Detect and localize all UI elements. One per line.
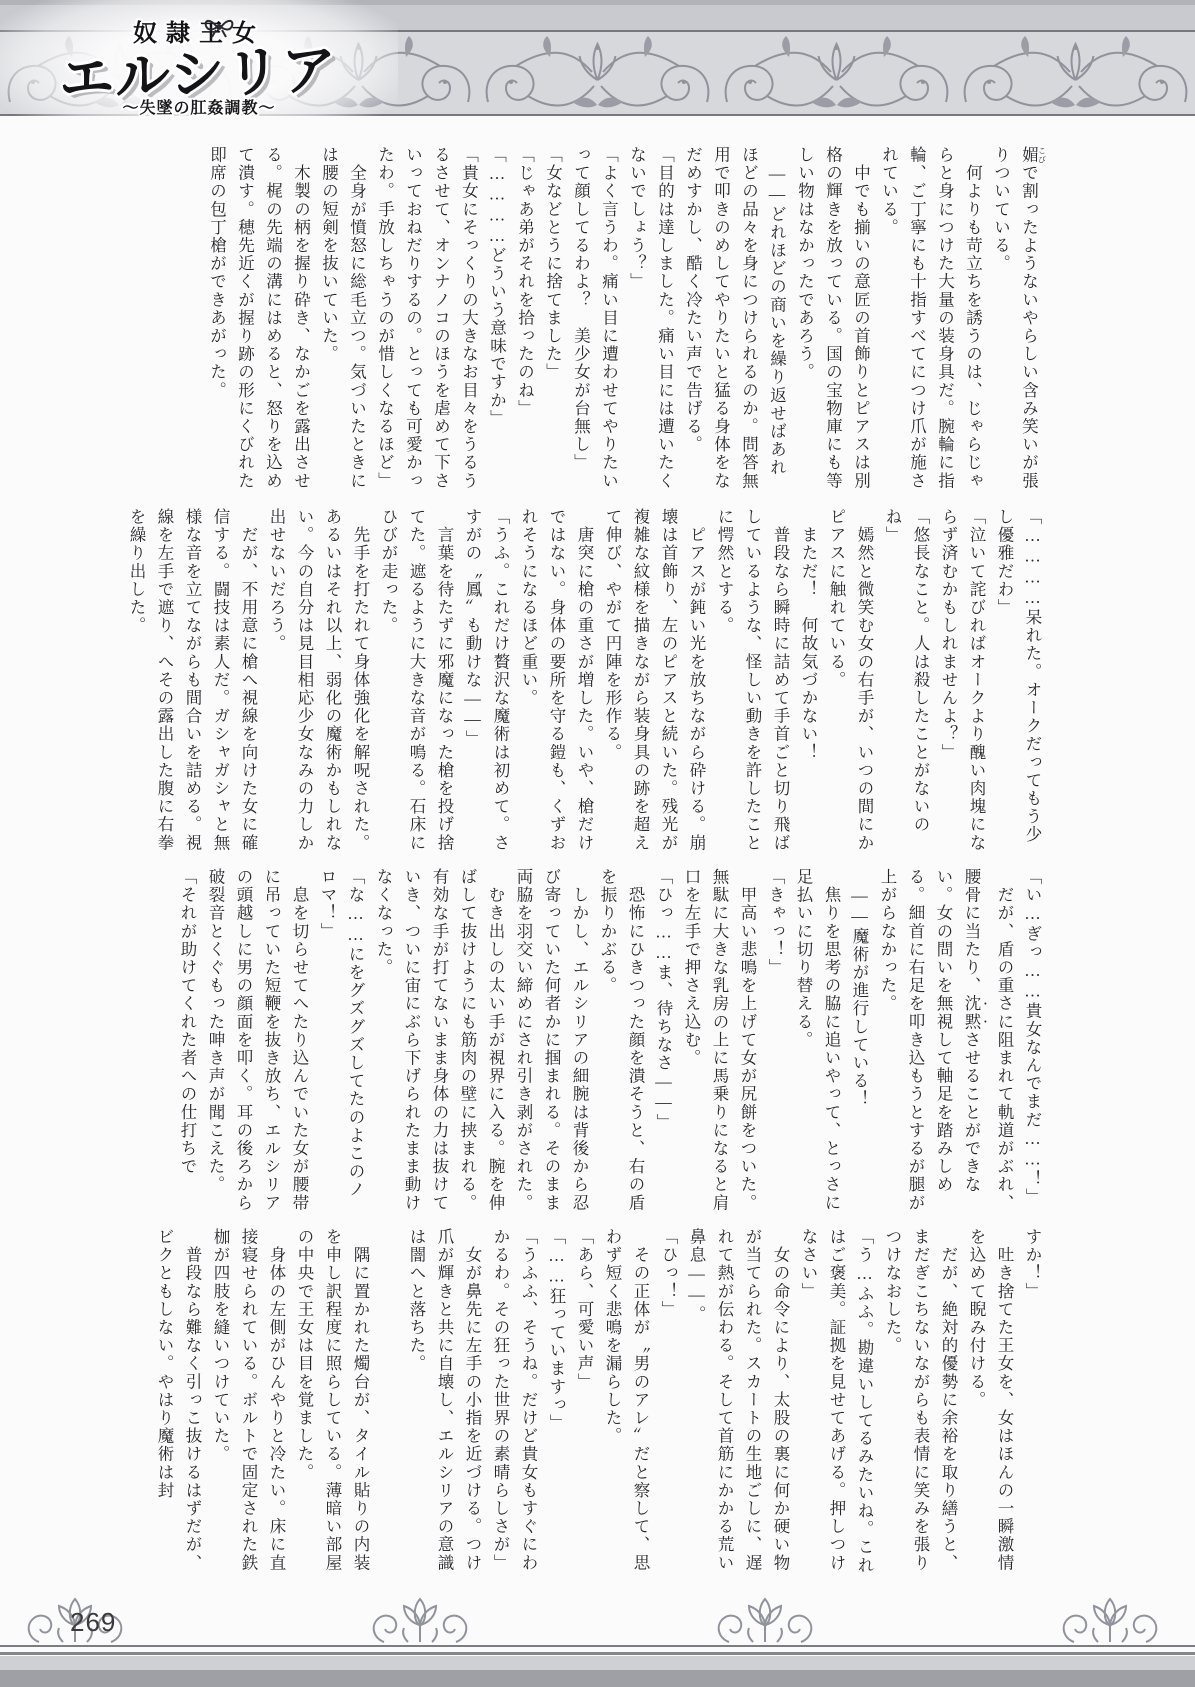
paragraph: 甲高い悲鳴を上げて女が尻餅をついた。無駄に大きな乳房の上に馬乗りになると肩口を左… bbox=[677, 868, 761, 1216]
paragraph: 「女などとうに捨てました」 bbox=[539, 146, 567, 494]
page-number: 269 bbox=[70, 1607, 116, 1638]
paragraph: 言葉を待たずに邪魔になった槍を投げ捨てた。遮るように大きな音が鳴る。石床にひびが… bbox=[374, 508, 458, 856]
paragraph: 「泣いて詫びればオークより醜い肉塊にならず済むかもしれませんよ？」 bbox=[934, 508, 990, 856]
paragraph: 先手を打たれて身体強化を解呪された。あるいはそれ以上、弱化の魔術かもしれない。今… bbox=[262, 508, 374, 856]
paragraph: 「うふふ、そうね。だけど貴女もすぐにわかるわ。その狂った世界の素晴らしさが」 bbox=[486, 1228, 542, 1580]
paragraph: すか！」 bbox=[1018, 1228, 1046, 1580]
paragraph: だが、不用意に槍へ視線を向けた女に確信する。闘技は素人だ。ガシャガシャと無様な音… bbox=[122, 508, 262, 856]
paragraph: 「じゃあ弟がそれを拾ったのね」 bbox=[511, 146, 539, 494]
text-band-2: 「…………呆れた。オークだってもう少し優雅だわ」「泣いて詫びればオークより醜い肉… bbox=[78, 508, 1046, 856]
paragraph: 息を切らせてへたり込んでいた女が腰帯に吊っていた短鞭を抜き放ち、エルシリアの頭越… bbox=[201, 868, 313, 1216]
paragraph: 身体の左側がひんやりと冷たい。床に直接寝せられている。ボルトで固定された鉄枷が四… bbox=[206, 1228, 290, 1580]
paragraph: 「な……にをグズグズしてたのよこのノロマ！」 bbox=[313, 868, 369, 1216]
paragraph: 「よく言うわ。痛い目に遭わせてやりたいって顔してるわよ？ 美少女が台無し」 bbox=[567, 146, 623, 494]
paragraph: 唐突に槍の重さが増した。いや、槍だけではない。身体の要所を守る鎧も、くずおれそう… bbox=[514, 508, 598, 856]
text-band-4: すか！」 吐き捨てた王女を、女はほんの一瞬激情を込めて睨み付ける。 だが、絶対的… bbox=[78, 1228, 1046, 1580]
paragraph: 「貴女にそっくりの大きなお目々をうるうるさせて、オンナノコのほうを虐めて下さいっ… bbox=[371, 146, 483, 494]
floral-motif-icon bbox=[0, 1596, 1195, 1646]
paragraph: 焦りを思考の脇に追いやって、とっさに足払いに切り替える。 bbox=[789, 868, 845, 1216]
bottom-border-edge bbox=[0, 1670, 1195, 1687]
paragraph: 全身が憤怒に総毛立つ。気づいたときには腰の短剣を抜いていた。 bbox=[315, 146, 371, 494]
paragraph: 「うふ。これだけ贅沢な魔術は初めて。さすがの〝鳳〟も動けな――」 bbox=[458, 508, 514, 856]
bottom-border-band bbox=[0, 1656, 1195, 1670]
paragraph: 「悠長なこと。人は殺したことがないのね」 bbox=[878, 508, 934, 856]
paragraph: ――魔術が進行している！ bbox=[845, 868, 873, 1216]
series-logo: 奴隷王女 エルシリア ～失墜の肛姦調教～ bbox=[24, 0, 374, 120]
paragraph: まただ！ 何故気づかない！ bbox=[794, 508, 822, 856]
scene-break bbox=[374, 1228, 402, 1580]
paragraph: 普段なら瞬時に詰めて手首ごと切り飛ばしているような、怪しい動きを許したことに愕然… bbox=[710, 508, 794, 856]
paragraph: 恐怖にひきつった顔を潰そうと、右の盾を振りかぶる。 bbox=[593, 868, 649, 1216]
paragraph: 媚こびで割ったようないやらしい含み笑いが張りついている。 bbox=[987, 146, 1047, 494]
paragraph: だが、絶対的優勢に余裕を取り繕うと、まだぎこちないながらも表情に笑みを張りつけな… bbox=[878, 1228, 962, 1580]
paragraph: 「う…ふふ。勘違いしてるみたいね。これはご褒美。証拠を見せてあげる。押しつけなさ… bbox=[794, 1228, 878, 1580]
paragraph: 「ひっ！」 bbox=[654, 1228, 682, 1580]
paragraph: 「…………呆れた。オークだってもう少し優雅だわ」 bbox=[990, 508, 1046, 856]
paragraph: 木製の柄を握り砕き、なかごを露出させる。梶の先端の溝にはめると、怒りを込めて潰す… bbox=[203, 146, 315, 494]
paragraph: 「あら、可愛い声」 bbox=[570, 1228, 598, 1580]
bottom-rule bbox=[0, 1645, 1195, 1647]
novel-page: 奴隷王女 エルシリア ～失墜の肛姦調教～ 媚こびで割ったようないやらしい含み笑い… bbox=[0, 0, 1195, 1687]
text-band-1: 媚こびで割ったようないやらしい含み笑いが張りついている。 何よりも苛立ちを誘うの… bbox=[78, 146, 1046, 494]
paragraph: ピアスが鈍い光を放ちながら砕ける。崩壊は首飾り、左のピアスと続いた。残光が複雑な… bbox=[598, 508, 710, 856]
paragraph: 隅に置かれた燭台が、タイル貼りの内装を申し訳程度に照らしている。薄暗い部屋の中央… bbox=[290, 1228, 374, 1580]
paragraph: 「それが助けてくれた者への仕打ちで bbox=[173, 868, 201, 1216]
bottom-rule-lower bbox=[0, 1652, 1195, 1655]
paragraph: 「…………どういう意味ですか」 bbox=[483, 146, 511, 494]
logo-subtitle: ～失墜の肛姦調教～ bbox=[24, 95, 374, 118]
paragraph: 吐き捨てた王女を、女はほんの一瞬激情を込めて睨み付ける。 bbox=[962, 1228, 1018, 1580]
paragraph: しかし、エルシリアの細腕は背後から忍び寄っていた何者かに掴まれる。そのまま両脇を… bbox=[509, 868, 593, 1216]
paragraph: 普段なら難なく引っこ抜けるはずだが、ビクともしない。やはり魔術は封 bbox=[150, 1228, 206, 1580]
text-band-3: 「い…ぎっ……貴女なんでまだ……！」 だが、盾の重さに阻まれて軌道がぶれ、腰骨に… bbox=[78, 868, 1046, 1216]
paragraph: 女の命令により、太股の裏に何か硬い物が当てられた。スカートの生地ごしに、遅れて熱… bbox=[682, 1228, 794, 1580]
paragraph: 「ひっ……ま、待ちなさ――」 bbox=[649, 868, 677, 1216]
paragraph: 「……狂っていますっ」 bbox=[542, 1228, 570, 1580]
paragraph: 中でも揃いの意匠の首飾りとピアスは別格の輝きを放っている。国の宝物庫にも等しい物… bbox=[791, 146, 875, 494]
paragraph: 「目的は達しました。痛い目には遭いたくないでしょう？」 bbox=[623, 146, 679, 494]
paragraph: 嫣然と微笑む女の右手が、いつの間にかピアスに触れている。 bbox=[822, 508, 878, 856]
paragraph: 女が鼻先に左手の小指を近づける。つけ爪が輝きと共に自壊し、エルシリアの意識は闇へ… bbox=[402, 1228, 486, 1580]
paragraph: 「きゃっ！」 bbox=[761, 868, 789, 1216]
paragraph: 「い…ぎっ……貴女なんでまだ……！」 bbox=[1018, 868, 1046, 1216]
paragraph: だが、盾の重さに阻まれて軌道がぶれ、腰骨に当たり、沈黙させることができない。女の… bbox=[873, 868, 1018, 1216]
paragraph: ――どれほどの商いを繰り返せばあれほどの品々を身につけられるのか。問答無用で叩き… bbox=[679, 146, 791, 494]
bottom-floral-motifs bbox=[0, 1596, 1195, 1646]
paragraph: 何よりも苛立ちを誘うのは、じゃらじゃらと身につけた大量の装身具だ。腕輪に指輪、ご… bbox=[875, 146, 987, 494]
paragraph: その正体が〝男のアレ〟だと察して、思わず短く悲鳴を漏らした。 bbox=[598, 1228, 654, 1580]
paragraph: むき出しの太い手が視界に入る。腕を伸ばして抜けようにも筋肉の壁に挟まれる。有効な… bbox=[369, 868, 509, 1216]
